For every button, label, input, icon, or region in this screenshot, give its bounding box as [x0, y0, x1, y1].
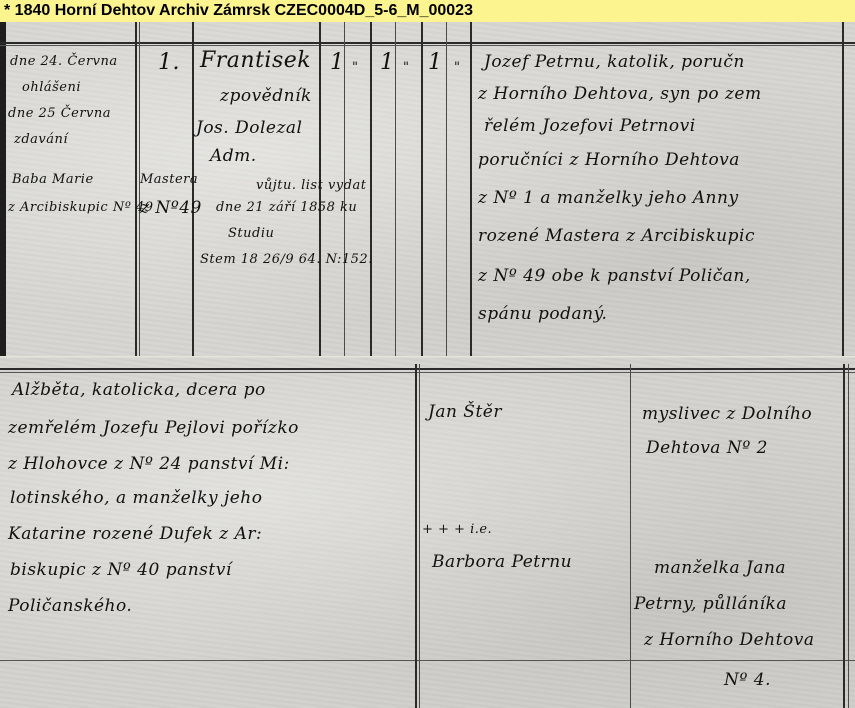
tally-mark: " [454, 60, 460, 75]
tally-mark: 1 [330, 50, 345, 75]
bride-line: Poličanského. [8, 596, 132, 616]
note-line: vůjtu. list vydat [256, 178, 366, 193]
groom-line: z Horního Dehtova, syn po zem [478, 84, 762, 104]
bride-line: lotinského, a manželky jeho [10, 488, 263, 508]
column-divider [843, 364, 845, 708]
groom-line: z Nº 49 obe k panství Poličan, [478, 266, 751, 286]
register-scan-bottom: Alžběta, katolicka, dcera po zemřelém Jo… [0, 358, 855, 708]
witness-line: Jan Štěr [428, 402, 502, 422]
officiant-line: Adm. [210, 146, 257, 166]
officiant-line: Mastera [140, 172, 198, 187]
register-scan-top: dne 24. Června ohlášeni dne 25 Června zd… [0, 22, 855, 358]
column-divider [419, 364, 420, 708]
document-title-bar: * 1840 Horní Dehtov Archiv Zámrsk CZEC00… [0, 0, 855, 22]
bride-line: Katarine rozené Dufek z Ar: [8, 524, 262, 544]
row-divider [0, 42, 855, 44]
column-divider [421, 22, 423, 358]
bride-line: biskupic z Nº 40 panství [10, 560, 232, 580]
groom-line: rozené Mastera z Arcibiskupic [478, 226, 755, 246]
witness-line: + + + i.e. [422, 522, 492, 537]
witness-info-line: Petrny, půlláníka [634, 594, 787, 614]
column-divider [848, 364, 849, 708]
column-divider [135, 22, 137, 358]
groom-line: Jozef Petrnu, katolik, poručn [484, 52, 745, 72]
officiant-line: Jos. Dolezal [196, 118, 302, 138]
row-divider [0, 368, 855, 370]
bride-line: zemřelém Jozefu Pejlovi pořízko [8, 418, 299, 438]
witness-info-line: manželka Jana [654, 558, 786, 578]
date-line: dne 25 Června [8, 106, 111, 121]
witness-info-line: z Horního Dehtova [644, 630, 814, 650]
column-divider [415, 364, 417, 708]
groom-line: řelém Jozefovi Petrnovi [484, 116, 696, 136]
witness-info-line: Nº 4. [724, 670, 771, 690]
officiant-line: Frantisek [200, 48, 311, 73]
column-divider [192, 22, 194, 358]
document-title: * 1840 Horní Dehtov Archiv Zámrsk CZEC00… [4, 2, 473, 19]
bride-line: Alžběta, katolicka, dcera po [12, 380, 266, 400]
tally-mark: 1 [380, 50, 395, 75]
date-line: zdavání [14, 132, 68, 147]
column-divider [842, 22, 844, 358]
entry-number: 1. [158, 50, 180, 75]
tally-mark: " [352, 60, 358, 75]
row-divider [0, 660, 855, 661]
bride-line: z Hlohovce z Nº 24 panství Mi: [8, 454, 290, 474]
date-line: z Arcibiskupic Nº 49 [8, 200, 153, 215]
page-edge [0, 22, 6, 358]
note-line: dne 21 září 1858 ku [216, 200, 357, 215]
note-line: Studiu [228, 226, 274, 241]
column-divider [630, 364, 631, 708]
witness-info-line: Dehtova Nº 2 [646, 438, 768, 458]
officiant-line: z Nº49 [140, 198, 202, 218]
column-divider [370, 22, 372, 358]
column-divider [446, 22, 447, 358]
officiant-line: zpovědník [220, 86, 312, 106]
column-divider [139, 22, 140, 358]
witness-line: Barbora Petrnu [432, 552, 572, 572]
groom-line: poručníci z Horního Dehtova [478, 150, 740, 170]
groom-line: spánu podaný. [478, 304, 607, 324]
witness-info-line: myslivec z Dolního [642, 404, 812, 424]
groom-line: z Nº 1 a manželky jeho Anny [478, 188, 739, 208]
row-divider [0, 45, 855, 46]
date-line: dne 24. Června [10, 54, 118, 69]
column-divider [470, 22, 472, 358]
date-line: Baba Marie [12, 172, 94, 187]
date-line: ohlášeni [22, 80, 81, 95]
tally-mark: " [403, 60, 409, 75]
row-divider [0, 372, 855, 373]
column-divider [395, 22, 396, 358]
tally-mark: 1 [428, 50, 443, 75]
note-line: Stem 18 26/9 64. N:152. [200, 252, 373, 267]
